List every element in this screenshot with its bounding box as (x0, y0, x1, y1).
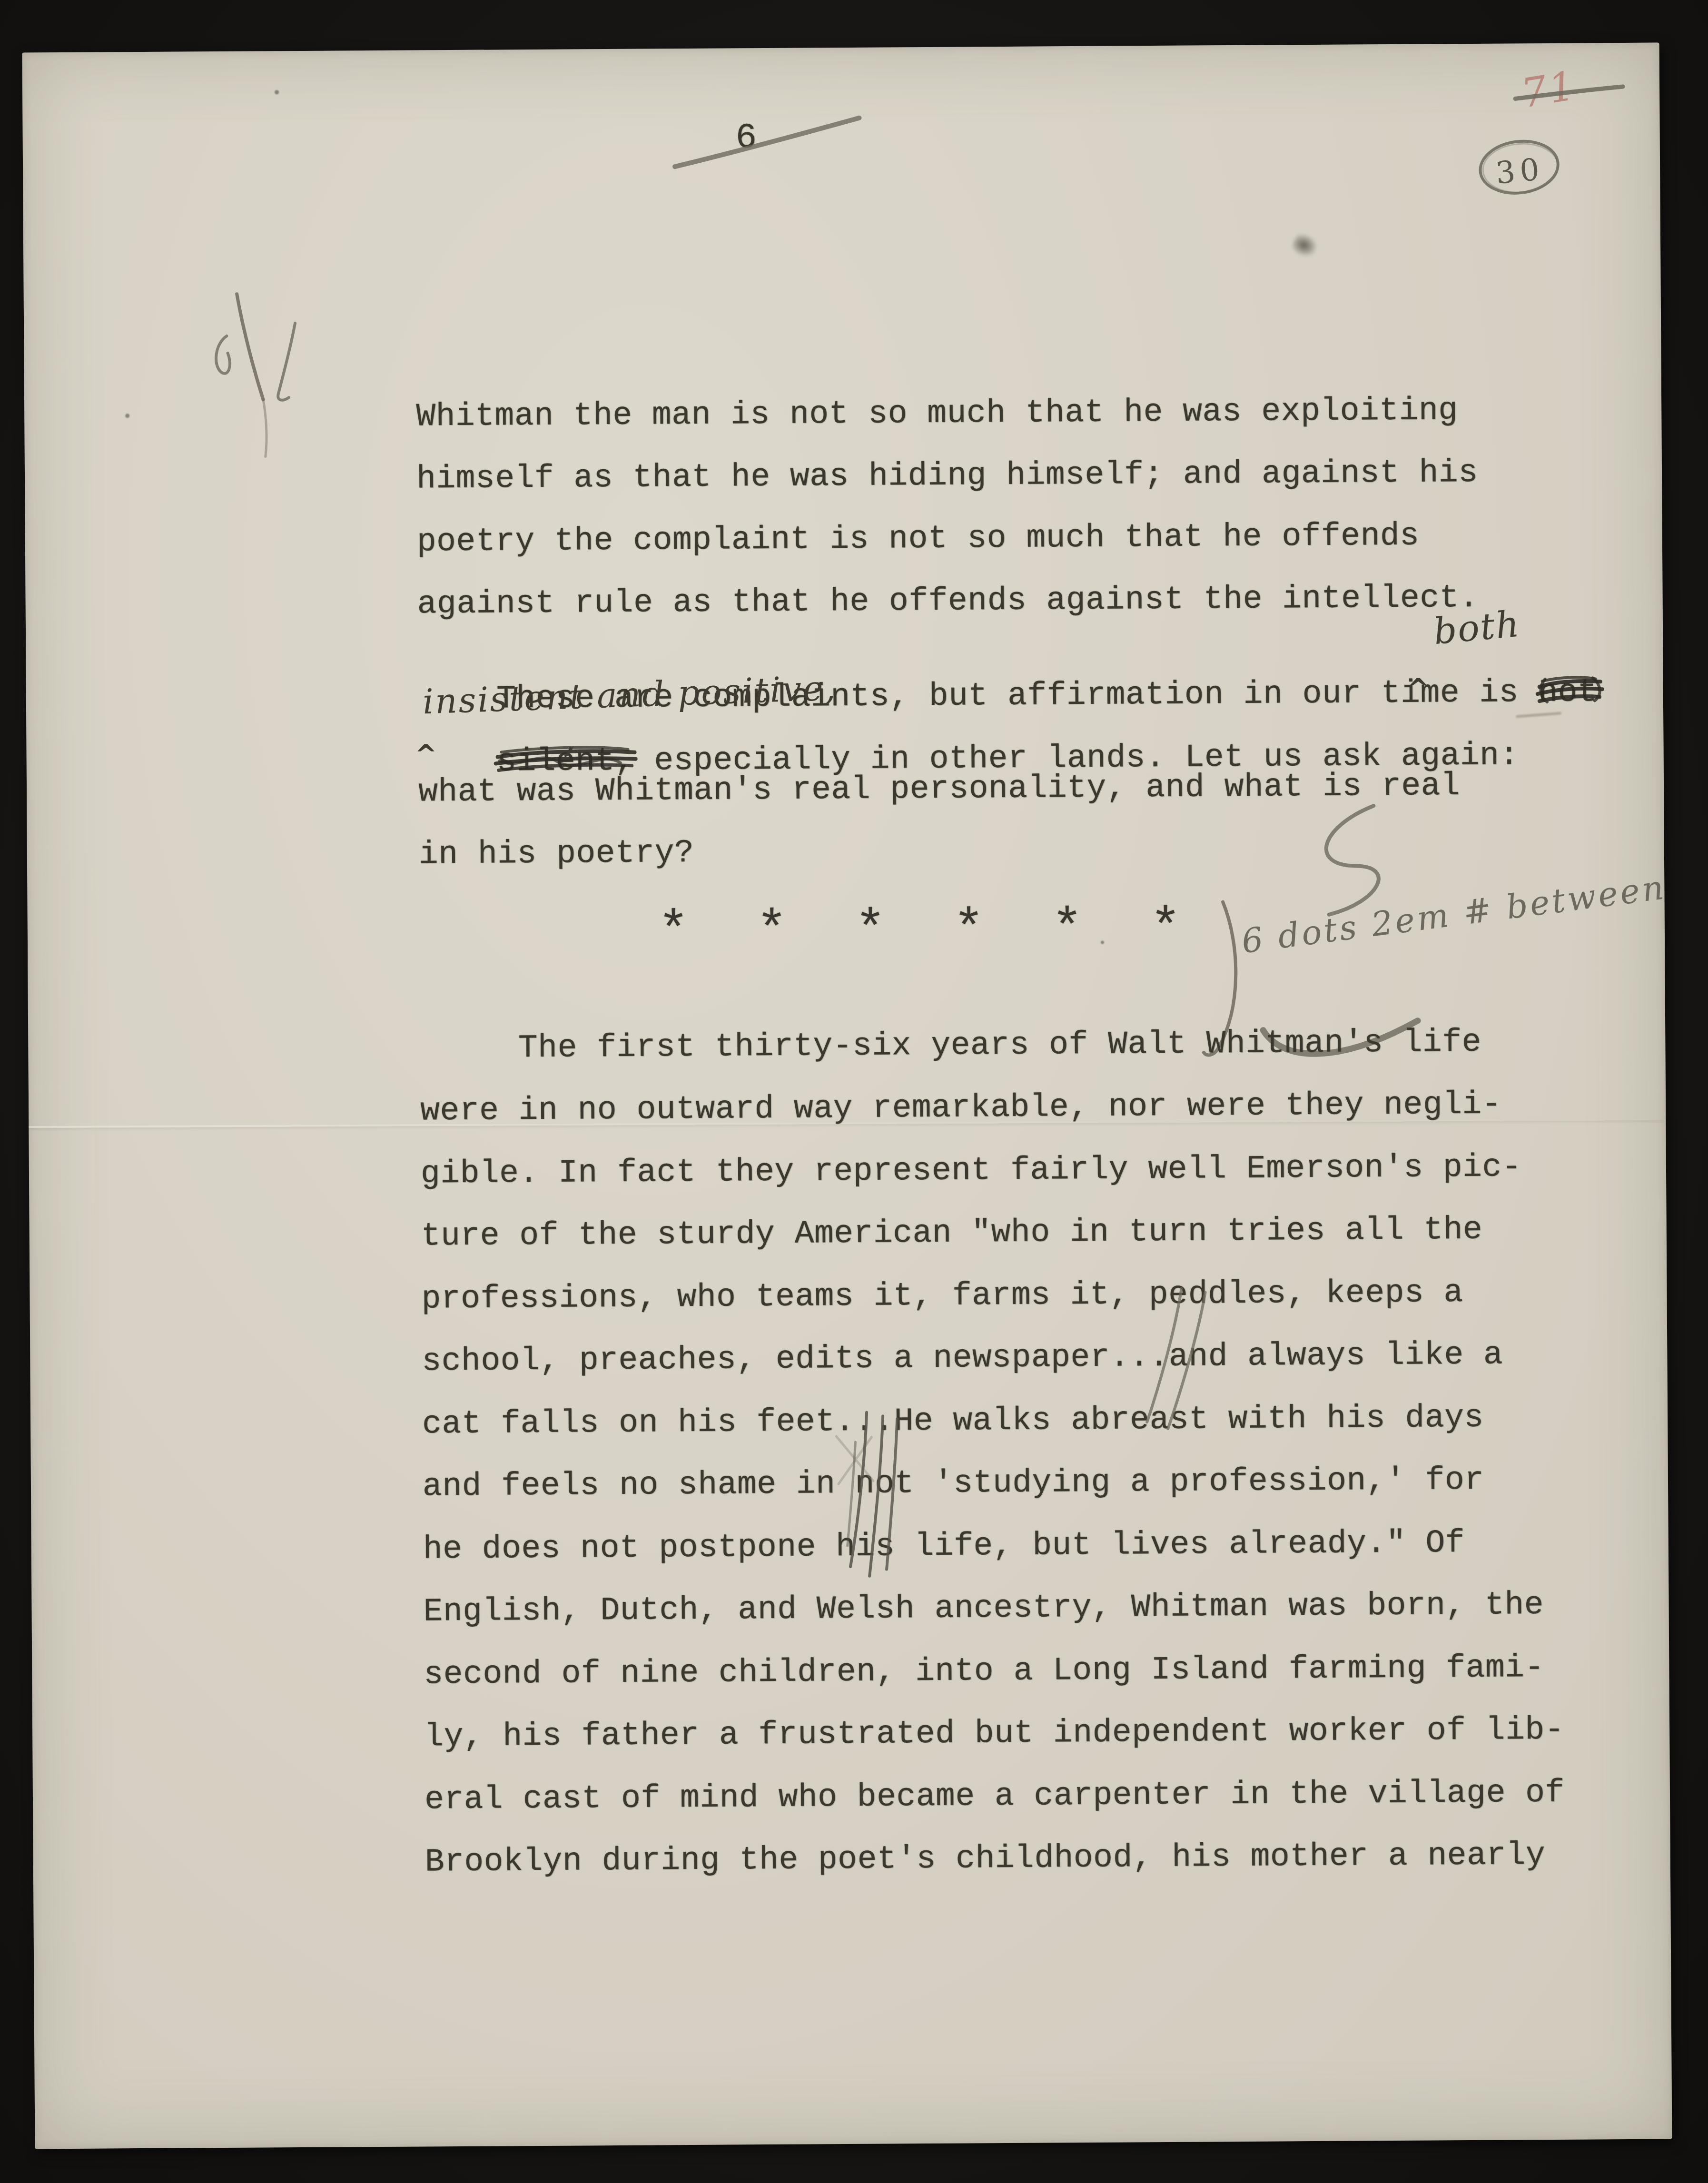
typed-line: poetry the complaint is not so much that… (417, 520, 1420, 559)
margin-proofreader-mark-icon (180, 241, 310, 475)
insertion-caret: ^ (1407, 673, 1430, 704)
circled-catalog-number: 30 (1494, 152, 1546, 191)
asterisk: * (953, 901, 985, 959)
paper-speck (275, 90, 279, 94)
asterisk: * (756, 902, 788, 960)
pencil-strike-through-folio-icon (1505, 80, 1633, 109)
typed-line: were in no outward way remarkable, nor w… (420, 1089, 1501, 1128)
paper-speck (1101, 941, 1104, 944)
typed-line: English, Dutch, and Welsh ancestry, Whit… (423, 1589, 1544, 1628)
typed-line: ly, his father a frustrated but independ… (424, 1714, 1564, 1754)
typed-line: gible. In fact they represent fairly wel… (421, 1151, 1522, 1190)
pencil-slash-marks-icon (1124, 1278, 1239, 1450)
asterisk: * (1052, 900, 1083, 958)
typed-line: professions, who teams it, farms it, ped… (421, 1277, 1463, 1315)
paper-speck (125, 414, 129, 418)
insertion-caret: ^ (415, 739, 437, 770)
inserted-word-both: both (1432, 603, 1521, 653)
typed-line: himself as that he was hiding himself; a… (416, 457, 1478, 496)
typed-line: in his poetry? (419, 837, 694, 871)
typed-line: school, preaches, edits a newspaper...an… (422, 1339, 1503, 1378)
manuscript-page: 6 71 30 Whitman the man is not so much t… (22, 43, 1672, 2149)
typed-line: against rule as that he offends against … (417, 582, 1479, 621)
typed-line: Brooklyn during the poet's childhood, hi… (425, 1839, 1546, 1878)
typed-line: eral cast of mind who became a carpenter… (425, 1777, 1565, 1817)
ink-smudge (1290, 231, 1320, 260)
typed-line: Whitman the man is not so much that he w… (416, 395, 1458, 433)
asterisk: * (658, 903, 690, 961)
deleted-word: not (1538, 674, 1597, 711)
typed-line: The first thirty-six years of Walt Whitm… (420, 1027, 1481, 1066)
typed-line: second of nine children, into a Long Isl… (424, 1652, 1544, 1691)
pencil-strokes-smudge-icon (799, 1380, 958, 1595)
typed-line: ture of the sturdy American "who in turn… (421, 1214, 1483, 1253)
pencil-strike-through-6-icon (660, 105, 879, 187)
manuscript-photo: { "header": { "struck_page_number": "6",… (0, 0, 1708, 2183)
asterisk-separator: * * * * * * (658, 900, 1182, 961)
asterisk: * (855, 901, 886, 959)
inserted-comma: , (563, 714, 576, 761)
